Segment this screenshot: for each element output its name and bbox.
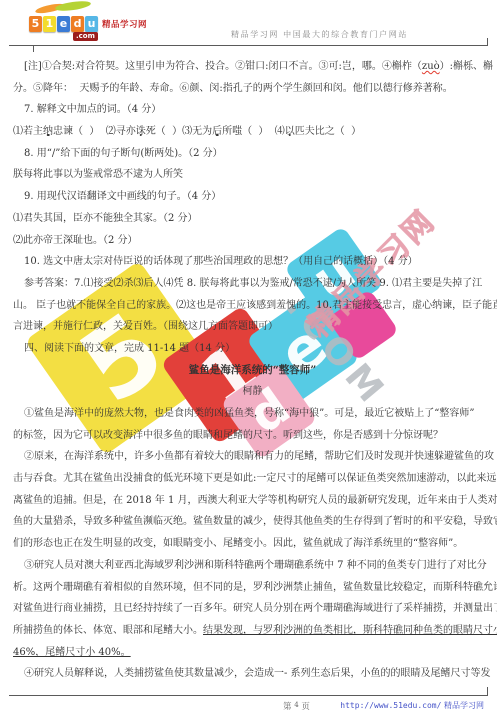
header-tagline: 精品学习网 中国最大的综合教育门户网站 — [231, 29, 408, 40]
logo-letter: d — [71, 16, 84, 32]
text-line: 析。这两个珊瑚礁有着相似的自然环境，但不同的是，罗利沙洲禁止捕鱼，鲨鱼数量比较稳… — [13, 577, 492, 599]
text-line: 们的形态也正在发生明显的改变，如眼睛变小、尾鳍变小。因此，鲨鱼就成了海洋系统里的… — [13, 533, 492, 555]
logo-dotcom-label: .com — [73, 32, 98, 41]
text-line: 言进谏，并施行仁政，关爱百姓。（围绕这几方面答题即可） — [13, 316, 492, 338]
text-line: 击与吞食。尤其在鲨鱼出没捕食的低光环境下更是如此:一定尺寸的尾鳍可以保证鱼类突然… — [13, 468, 492, 490]
text-line: 离鲨鱼的追捕。但是，在 2018 年 1 月，西澳大利亚大学等机构研究人员的最新… — [13, 490, 492, 512]
footer-url-link[interactable]: http://www.51edu.com/ 精品学习网 — [340, 700, 484, 711]
page-number: 第 4 页 — [283, 700, 310, 712]
logo-brand-label: 精品学习网 — [102, 18, 147, 30]
text-line: ②原来，在海洋系统中，许多小鱼都有着较大的眼睛和有力的尾鳍，帮助它们及时发现并快… — [13, 446, 492, 468]
text-line: 的标签，因为它可以改变海洋中很多鱼的眼睛和尾鳍的尺寸。听到这些，你是否感到十分惊… — [13, 425, 492, 447]
text-line: [注]①合契:对合符契。这里引申为符合、投合。②钳口:闭口不言。③可:岂，哪。④… — [13, 56, 492, 78]
header-rule — [9, 45, 488, 46]
logo-letter: 1 — [43, 16, 56, 32]
text-line: 分。⑤降年： 天赐予的年龄、寿命。⑥颜、闵:指孔子的两个学生颜回和闵。他们以德行… — [13, 78, 492, 100]
text-line: ⑴若主纳忠谏（ ） ⑵寻亦诛死（ ）⑶无为后所嗤（ ） ⑷以匹夫比之（ ） — [13, 121, 492, 143]
text-line: ⑵此亦帝王深耻也。（2 分） — [13, 230, 492, 252]
footer-rule — [9, 695, 488, 696]
text-line: ③研究人员对澳大利亚西北海域罗利沙洲和斯科特礁两个珊瑚礁系统中 7 种不同的鱼类… — [13, 555, 492, 577]
header-rule-tick — [33, 46, 34, 52]
text-line: 所捕捞鱼的体长、体宽、眼部和尾鳍大小。结果发现，与罗利沙洲的鱼类相比，斯科特礁同… — [13, 620, 492, 642]
footer-site-label: 精品学习网 — [441, 701, 484, 710]
text-line: ⑴君失其国，臣亦不能独全其家。（2 分） — [13, 208, 492, 230]
document-page: 51edu .COM 精品学习网 51edu .com 精品学习网 精品学习网 … — [0, 0, 497, 717]
site-logo: 51edu .com 精品学习网 — [29, 14, 199, 48]
text-line: 8. 用“/”给下面的句子断句(断两处)。（2 分） — [13, 143, 492, 165]
text-line: 鲨鱼是海洋系统的“整容师” — [13, 360, 492, 382]
text-line: 参考答案：7.⑴接受⑵杀⑶后人⑷凭 8. 朕每将此事以为鉴戒/常恐不逮/为人所笑… — [13, 273, 492, 295]
logo-blocks: 51edu — [29, 16, 98, 32]
text-line: 7. 解释文中加点的词。（4 分） — [13, 99, 492, 121]
text-line: 四、阅读下面的文章，完成 11-14 题（14 分） — [13, 338, 492, 360]
text-line: 9. 用现代汉语翻译文中画线的句子。（4 分） — [13, 186, 492, 208]
document-body: [注]①合契:对合符契。这里引申为符合、投合。②钳口:闭口不言。③可:岂，哪。④… — [0, 56, 497, 685]
text-line: 46%，尾鳍尺寸小 40%。 — [13, 642, 492, 664]
text-line: ①鲨鱼是海洋中的庞然大物，也是食肉类的凶猛鱼类，号称“海中狼”。可是，最近它被贴… — [13, 403, 492, 425]
text-line: 鱼的大量猎杀，导致多种鲨鱼濒临灭绝。鲨鱼数量的减少，使得其他鱼类的生存得到了暂时… — [13, 511, 492, 533]
text-line: 10. 选文中唐太宗对侍臣说的话体现了那些治国理政的思想？（用自己的话概括）（4… — [13, 251, 492, 273]
logo-swoosh-icon — [55, 0, 92, 12]
text-line: 对鲨鱼进行商业捕捞，且已经持持续了一百多年。研究人员分别在两个珊瑚礁海域进行了采… — [13, 598, 492, 620]
text-line: ④研究人员解释说，人类捕捞鲨鱼使其数量减少，会造成一- 系列生态后果，小鱼的的眼… — [13, 663, 492, 685]
header-rule-tick — [487, 38, 488, 46]
logo-letter: e — [57, 16, 70, 32]
text-line: 朕每将此事以为鉴戒常恐不逮为人所笑 — [13, 164, 492, 186]
logo-letter: 5 — [29, 16, 42, 32]
text-line: 柯静 — [13, 381, 492, 403]
logo-letter: u — [85, 16, 98, 32]
footer-url[interactable]: http://www.51edu.com/ — [340, 701, 441, 710]
text-line: 山。 臣子也就不能保全自己的家族。⑵这也是帝王应该感到羞愧的。10.君主能接受忠… — [13, 295, 492, 317]
footer-rule-tick — [487, 687, 488, 696]
